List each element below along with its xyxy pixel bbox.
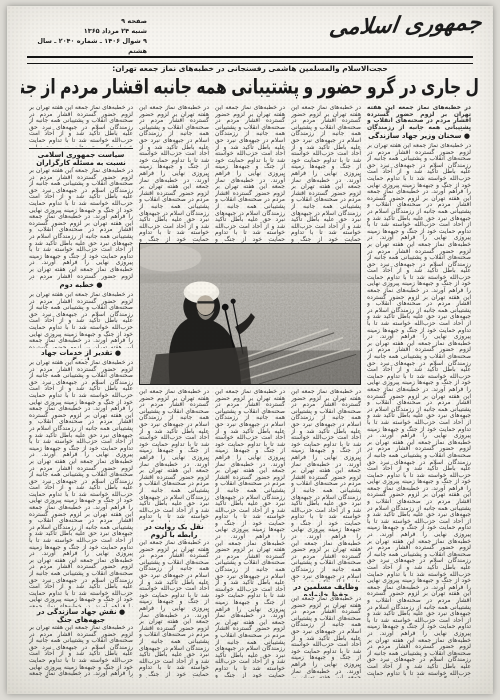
newspaper-page: صفحه ۹ شنبه ۲۴ مرداد ۱۳۶۵ ۹ شوال ۱۴۰۶ ـ … <box>7 6 493 694</box>
column-right: در خطبه‌های نماز جمعه این هفته تهران بر … <box>367 105 471 678</box>
body-text-block: در خطبه‌های نماز جمعه این هفته تهران بر … <box>367 143 471 678</box>
body-text-block: در خطبه‌های نماز جمعه این هفته تهران بر … <box>215 389 285 678</box>
body-text-block: در خطبه‌های نماز جمعه این هفته تهران بر … <box>139 389 209 522</box>
column-mid-center: در خطبه‌های نماز جمعه این هفته تهران بر … <box>215 105 285 678</box>
body-text-block: در خطبه‌های نماز جمعه این هفته تهران بر … <box>29 168 133 280</box>
subhead-jihad-services: ● تقدیر از خدمات جهاد سازندگی <box>29 348 133 360</box>
body-text-block: در خطبه‌های نماز جمعه این هفته تهران بر … <box>139 105 209 243</box>
masthead-logo: جمهوری اسلامی <box>328 9 484 40</box>
body-text-block: در خطبه‌های نماز جمعه این هفته تهران بر … <box>215 105 285 243</box>
date-line: شنبه ۲۴ مرداد ۱۳۶۵ <box>27 26 147 36</box>
header-rule <box>27 56 473 64</box>
body-text-block: در خطبه‌های نماز جمعه این هفته تهران بر … <box>291 596 361 678</box>
column-mid-left: در خطبه‌های نماز جمعه این هفته تهران بر … <box>139 105 209 678</box>
body-text-block: در خطبه‌های نماز جمعه این هفته تهران بر … <box>29 360 133 607</box>
issue-info-block: صفحه ۹ شنبه ۲۴ مرداد ۱۳۶۵ ۹ شوال ۱۴۰۶ ـ … <box>27 16 147 56</box>
column-mid-right: در خطبه‌های نماز جمعه این هفته تهران بر … <box>291 105 361 678</box>
lead-paragraph: در خطبه‌های نماز جمعه این هفته تهران بر … <box>367 105 471 131</box>
column-left: در خطبه‌های نماز جمعه این هفته تهران بر … <box>29 105 133 678</box>
subhead-family-duties: وظایف مسلمین در حفظ خانواده <box>291 582 361 596</box>
subhead-second-sermon: ● خطبه دوم <box>29 280 133 292</box>
friday-prayer-photo <box>139 243 361 385</box>
subhead-jihad-war-role: ● نقش جهاد سازندگی در جبهه‌های جنگ <box>29 607 133 625</box>
body-text-block: در خطبه‌های نماز جمعه این هفته تهران بر … <box>139 540 209 678</box>
body-text-block: در خطبه‌های نماز جمعه این هفته تهران بر … <box>29 105 133 147</box>
main-headline: پیروزی ما در سال جاری در گرو حضور و پشتی… <box>21 68 479 107</box>
body-text-block: در خطبه‌های نماز جمعه این هفته تهران بر … <box>29 292 133 348</box>
page-number: صفحه ۹ <box>27 16 147 26</box>
subhead-respect-mother: نقل یک روایت در رابطه با لزوم احترام نسب… <box>139 522 209 540</box>
body-text-block: در خطبه‌های نماز جمعه این هفته تهران بر … <box>29 625 133 678</box>
body-text-block: در خطبه‌های نماز جمعه این هفته تهران بر … <box>291 389 361 582</box>
subhead-saudi-policy: سیاست جمهوری اسلامی نسبت به مسئله کارگزا… <box>29 148 133 168</box>
article-body: در خطبه‌های نماز جمعه این هفته تهران بر … <box>29 105 471 678</box>
subhead-minister-remarks: ● سخنان وزیر جهاد سازندگی <box>367 131 471 143</box>
crowd-scene-illustration <box>140 244 360 384</box>
issue-line: ۹ شوال ۱۴۰۶ ـ شماره ۲۰۴۰ ـ سال هشتم <box>27 36 147 56</box>
body-text-block: در خطبه‌های نماز جمعه این هفته تهران بر … <box>291 105 361 243</box>
